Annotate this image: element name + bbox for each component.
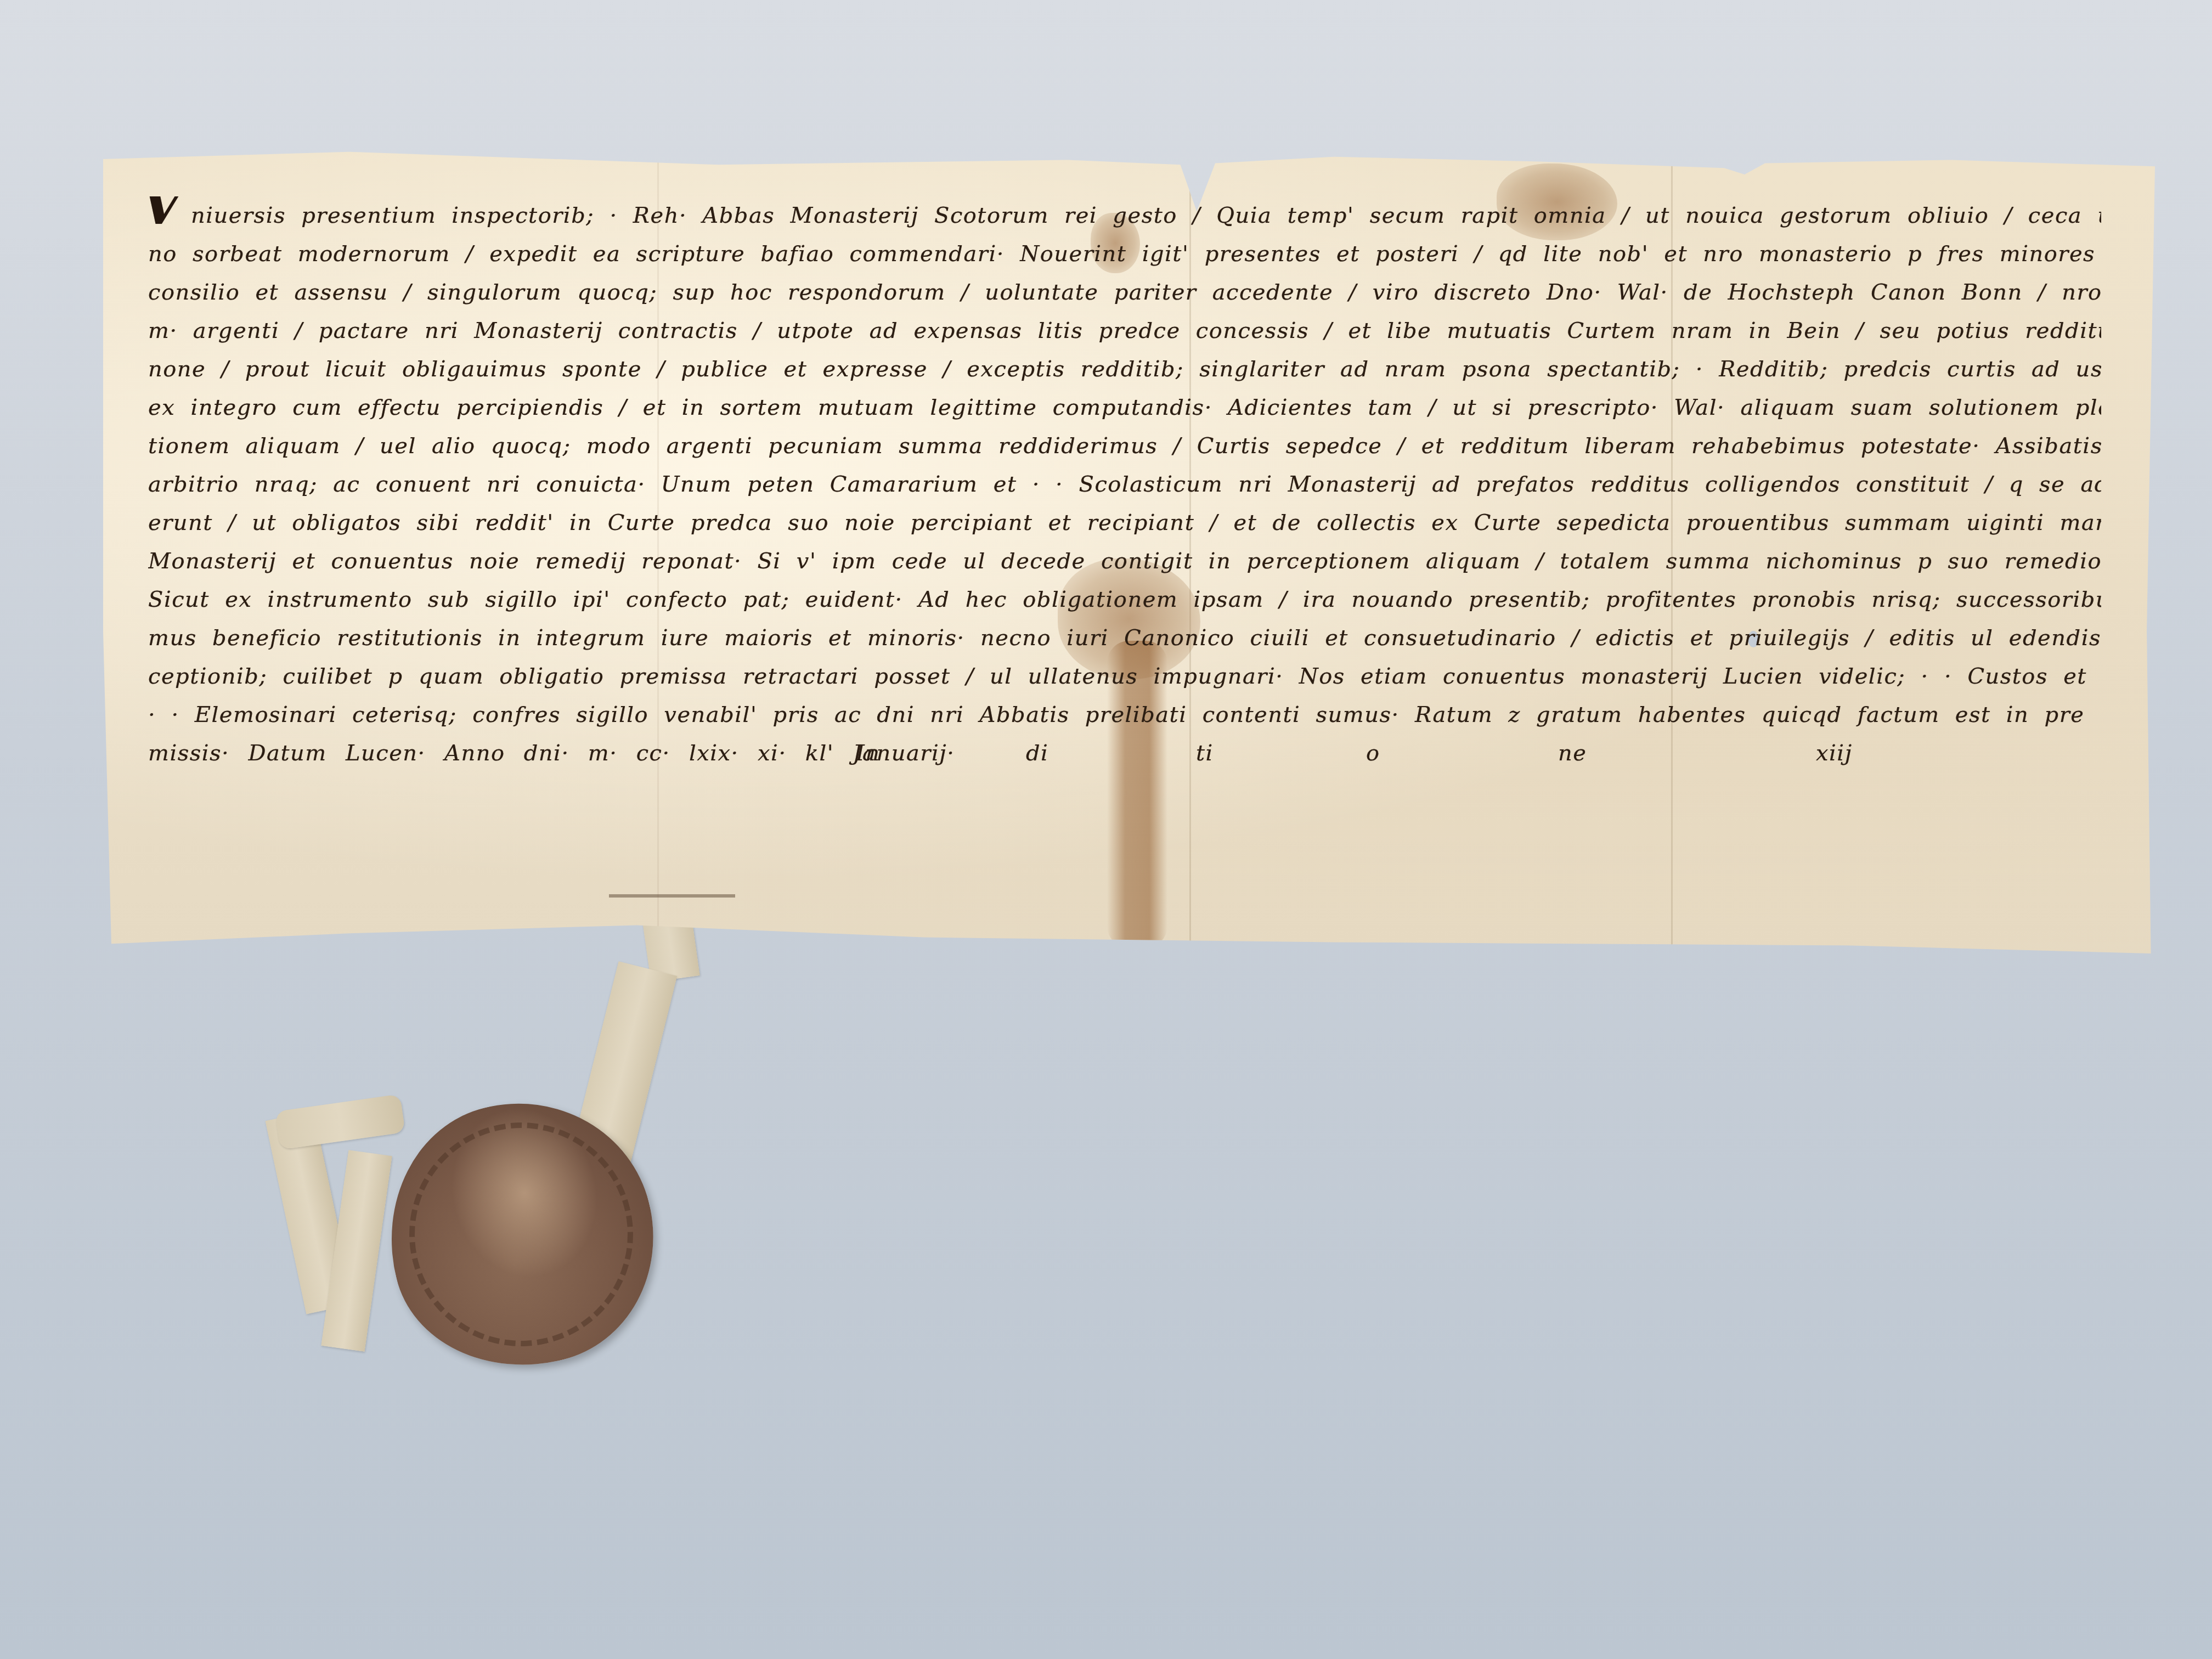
indiction-letter: ne — [1558, 734, 1587, 772]
parchment-hole — [1159, 144, 1179, 156]
text-line: consilio et assensu / singulorum quocq; … — [148, 273, 2101, 312]
text-line: ex integro cum effectu percipiendis / et… — [148, 388, 2101, 427]
seal-tag-loop-top — [275, 1094, 405, 1149]
text-line: erunt / ut obligatos sibi reddit' in Cur… — [148, 504, 2101, 542]
decorated-initial: V — [148, 196, 183, 225]
indiction-letter: ti — [1196, 734, 1214, 772]
indiction-letter: di — [1026, 734, 1048, 772]
text-line: none / prout licuit obligauimus sponte /… — [148, 350, 2101, 388]
text-line: m· argenti / pactare nri Monasterij cont… — [148, 312, 2101, 350]
text-line: · · Elemosinari ceterisq; confres sigill… — [148, 696, 2101, 734]
photo-scene: V niuersis presentium inspectorib; · Reh… — [0, 0, 2212, 1659]
text-line: tionem aliquam / uel alio quocq; modo ar… — [148, 427, 2101, 465]
text-line: Sicut ex instrumento sub sigillo ipi' co… — [148, 580, 2101, 619]
text-line: arbitrio nraq; ac conuent nri conuicta· … — [148, 465, 2101, 504]
text-line: V niuersis presentium inspectorib; · Reh… — [148, 196, 2101, 235]
indiction-number: xiij — [1816, 734, 1853, 772]
indiction-letter: o — [1366, 734, 1380, 772]
charter-text: V niuersis presentium inspectorib; · Reh… — [148, 196, 2101, 772]
text-line: mus beneficio restitutionis in integrum … — [148, 619, 2101, 657]
text-line-dating: missis· Datum Lucen· Anno dni· m· cc· lx… — [148, 734, 2101, 772]
indiction-letter: In — [856, 734, 881, 772]
text-line: ceptionib; cuilibet p quam obligatio pre… — [148, 657, 2101, 696]
text-line: Monasterij et conuentus noie remedij rep… — [148, 542, 2101, 580]
text-line: no sorbeat modernorum / expedit ea scrip… — [148, 235, 2101, 273]
tag-slit — [609, 894, 735, 898]
